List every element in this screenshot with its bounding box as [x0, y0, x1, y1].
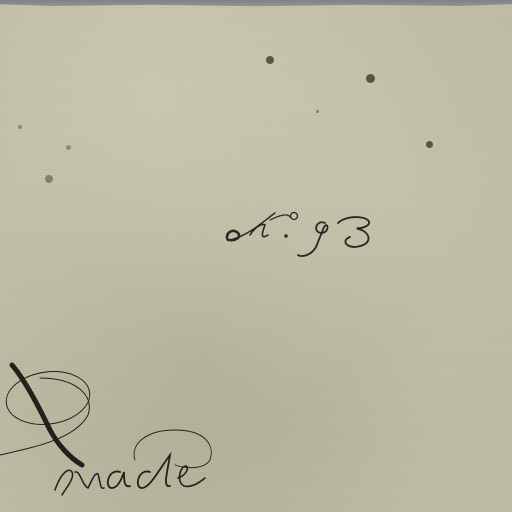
number-label-handwriting: No. 93 — [220, 205, 390, 265]
ink-spot — [45, 175, 53, 183]
ink-spot — [366, 74, 375, 83]
ink-spot — [316, 110, 319, 113]
ink-spot — [426, 141, 433, 148]
handwritten-word: Qvadde — [0, 360, 250, 512]
ink-spot — [66, 145, 71, 150]
ink-spot — [18, 125, 22, 129]
ink-spot — [266, 56, 274, 64]
